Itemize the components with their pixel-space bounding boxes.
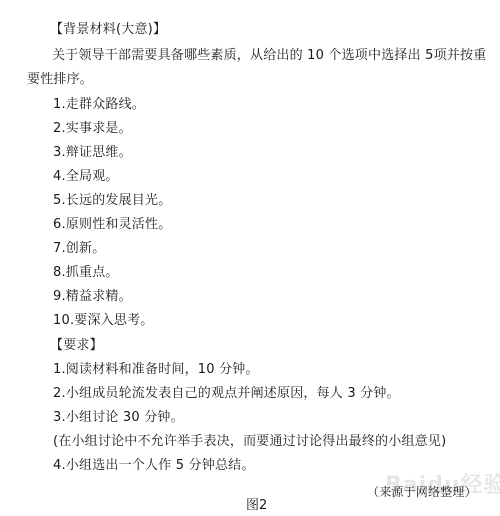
intro-text-line-1: 关于领导干部需要具备哪些素质，从给出的 10 个选项中选择出 5项并按重: [52, 48, 486, 64]
option-item: 1.走群众路线。: [53, 97, 145, 113]
document-image: 【背景材料(大意)】 关于领导干部需要具备哪些素质，从给出的 10 个选项中选择…: [0, 0, 500, 516]
source-note: （来源于网络整理）: [367, 484, 477, 500]
option-item: 2.实事求是。: [53, 121, 132, 137]
intro-text-line-2: 要性排序。: [27, 72, 93, 88]
option-item: 4.全局观。: [53, 169, 119, 185]
option-item: 8.抓重点。: [53, 265, 119, 281]
requirements-heading: 【要求】: [50, 338, 103, 354]
option-item: 7.创新。: [53, 241, 105, 257]
figure-caption: 图2: [246, 494, 267, 513]
option-item: 3.辩证思维。: [53, 145, 132, 161]
option-item: 10.要深入思考。: [53, 313, 153, 329]
requirement-item: 1.阅读材料和准备时间，10 分钟。: [53, 362, 259, 378]
option-item: 5.长远的发展目光。: [53, 193, 171, 209]
option-item: 6.原则性和灵活性。: [53, 217, 171, 233]
background-heading: 【背景材料(大意)】: [50, 22, 166, 38]
requirement-item: 4.小组选出一个人作 5 分钟总结。: [53, 458, 255, 474]
requirement-item: 3.小组讨论 30 分钟。: [53, 410, 184, 426]
requirement-note: (在小组讨论中不允许举手表决，而要通过讨论得出最终的小组意见): [53, 434, 446, 450]
requirement-item: 2.小组成员轮流发表自己的观点并阐述原因，每人 3 分钟。: [53, 386, 400, 402]
option-item: 9.精益求精。: [53, 289, 132, 305]
